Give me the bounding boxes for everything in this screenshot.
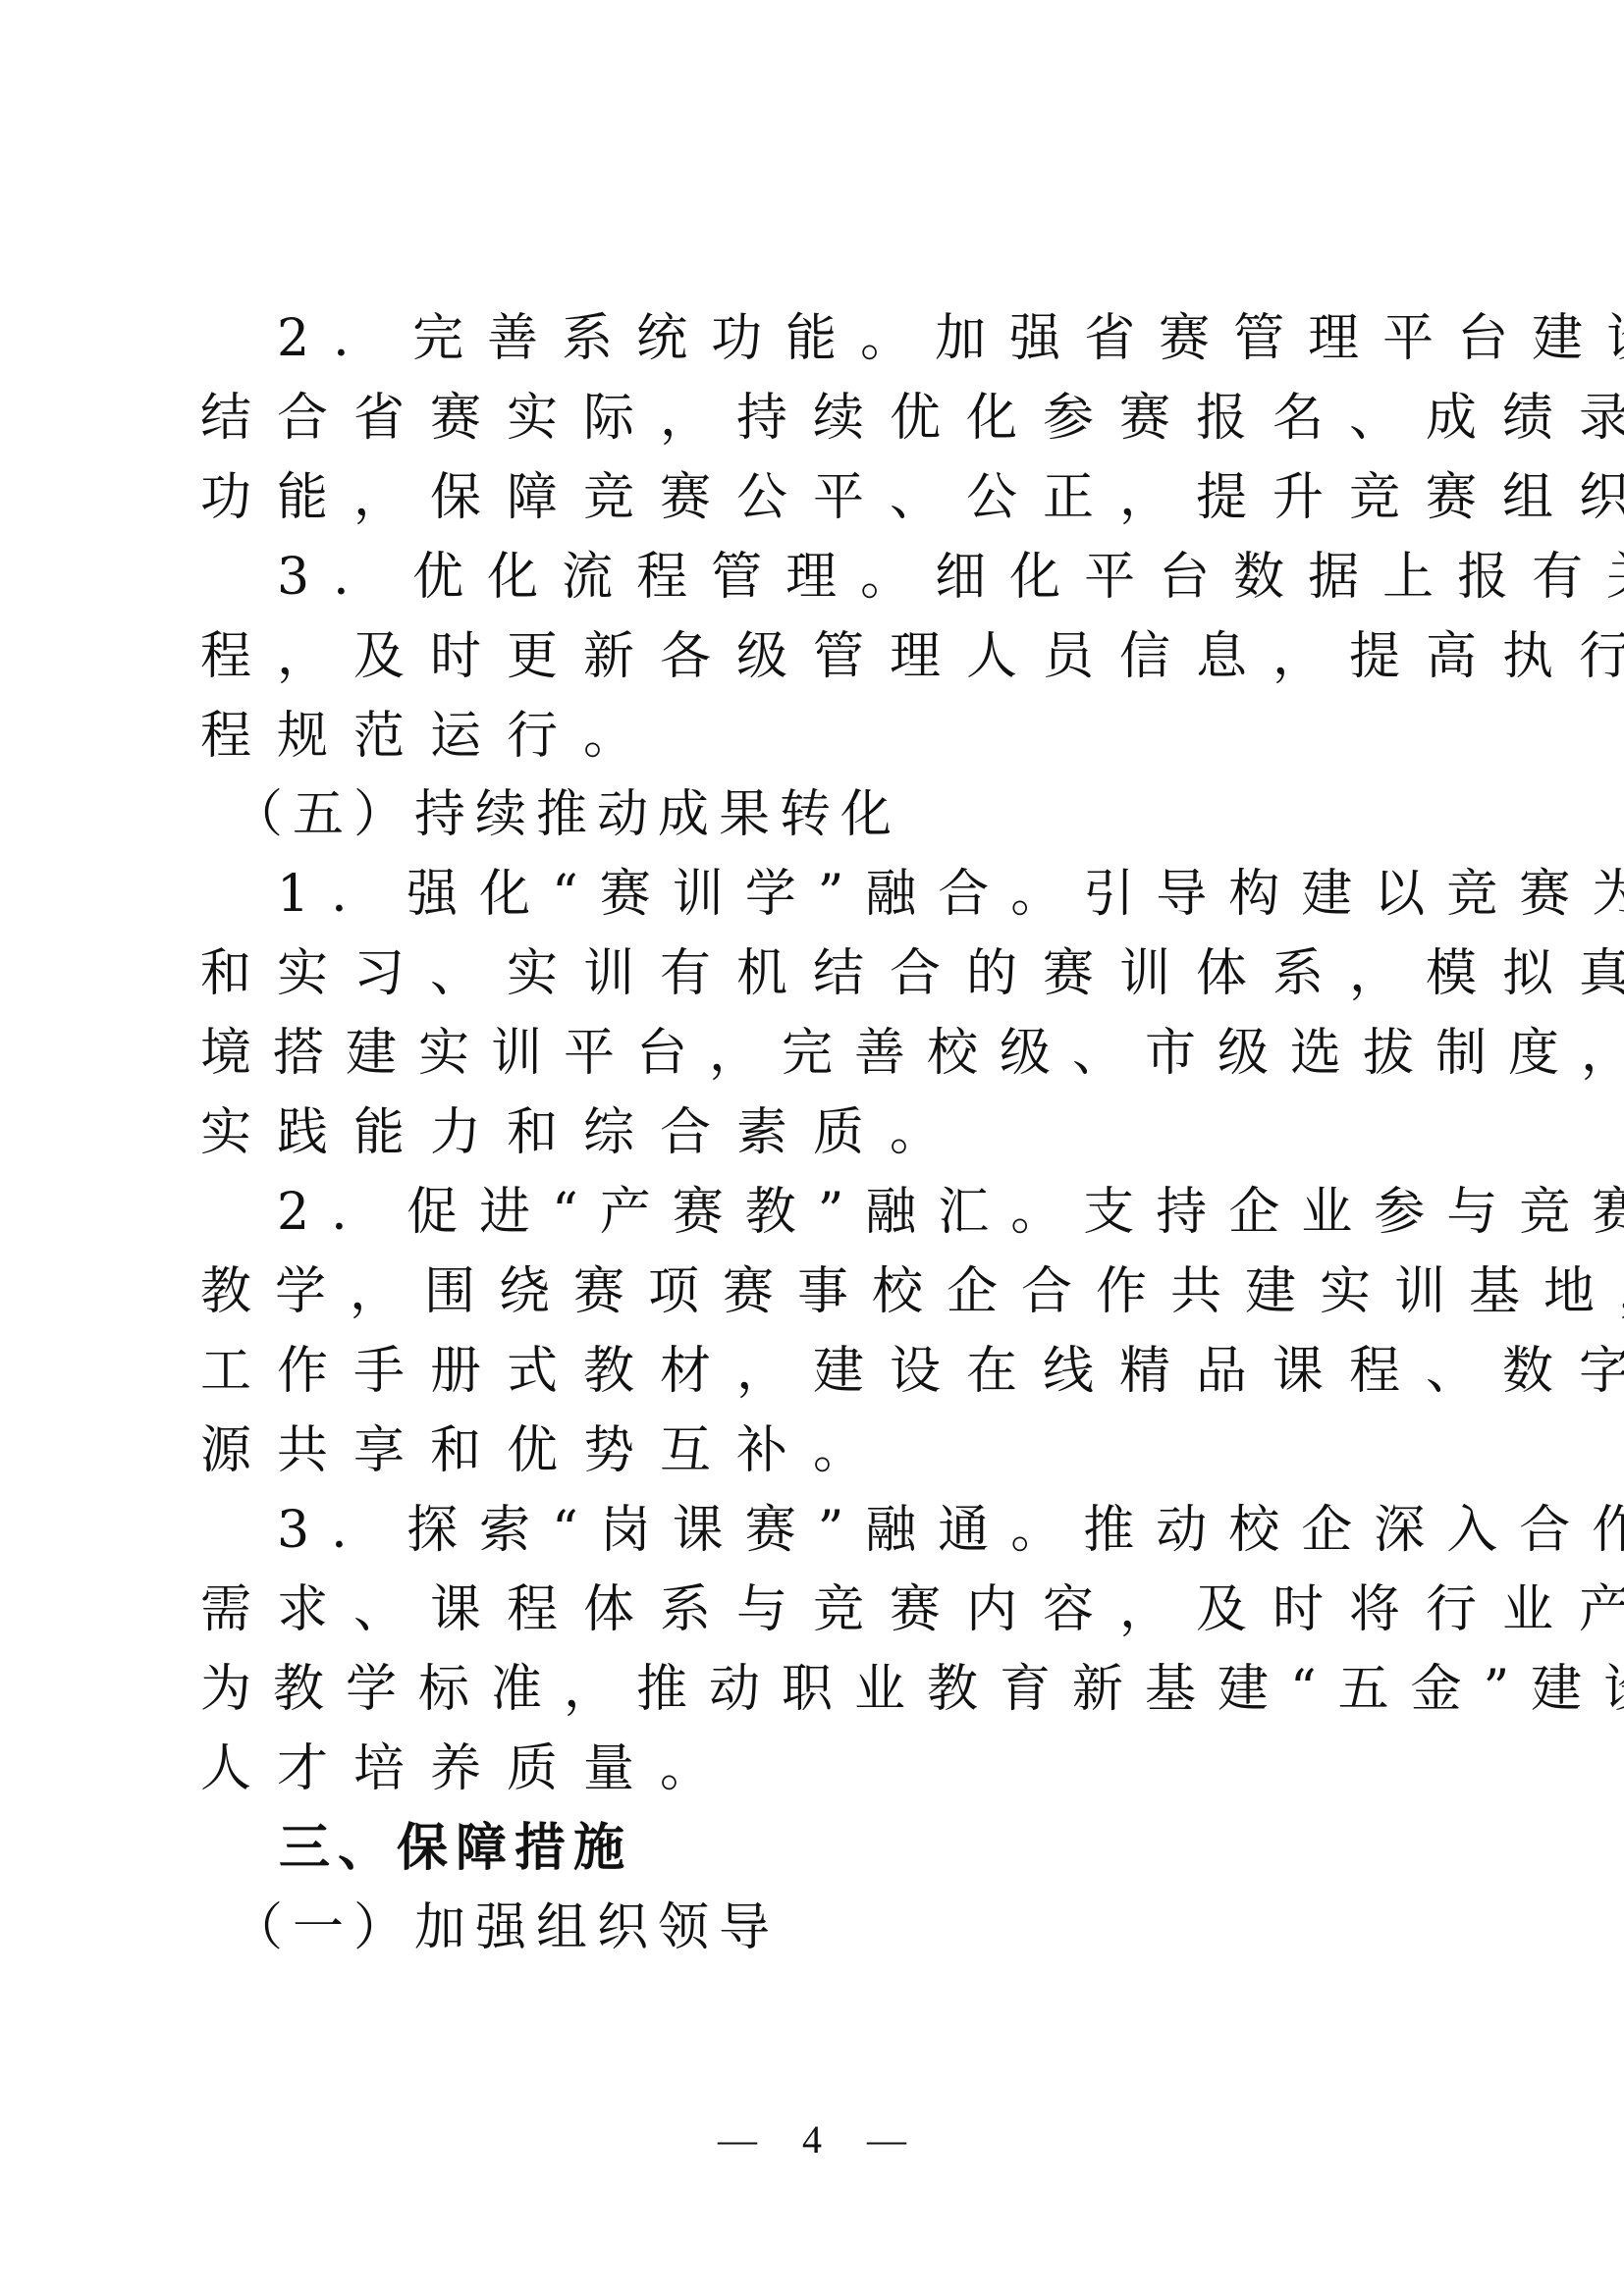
paragraph-line: 3. 探索“岗课赛”融通。推动校企深入合作，紧密结合岗位 [277,1491,1524,1570]
document-page: 2. 完善系统功能。加强省赛管理平台建设，对标世赛要求， 结合省赛实际，持续优化… [0,0,1624,2296]
paragraph-line: 境搭建实训平台，完善校级、市级选拔制度，提升学生专业技能、 [200,1014,1447,1093]
paragraph-line: 和实习、实训有机结合的赛训体系，模拟真实工作场景与竞赛环 [200,934,1447,1013]
paragraph-line: 1. 强化“赛训学”融合。引导构建以竞赛为引领，课程教学 [277,855,1524,934]
page-number: 4 [802,2110,822,2169]
section-subheading: （五）持续推动成果转化 [232,775,1479,854]
section-subheading: （一）加强组织领导 [232,1889,1479,1967]
paragraph-line: 需求、课程体系与竞赛内容，及时将行业产业最新技术标准转化 [200,1571,1447,1649]
paragraph-line: 程，及时更新各级管理人员信息，提高执行效率，确保赛事全流 [200,617,1447,696]
footer-dash-left: — [718,2110,757,2169]
section-heading: 三、保障措施 [279,1809,1526,1888]
paragraph-line: 2. 促进“产赛教”融汇。支持企业参与竞赛项目设计和专业 [277,1173,1524,1252]
paragraph-line: 教学，围绕赛项赛事校企合作共建实训基地，开发系列活页式、 [200,1253,1447,1331]
paragraph-line: 3. 优化流程管理。细化平台数据上报有关功能和逐级审核流 [277,538,1524,616]
paragraph-line: 功能，保障竞赛公平、公正，提升竞赛组织效率。 [200,458,1447,537]
page-footer: — 4 — [0,2110,1624,2169]
paragraph-line: 工作手册式教材，建设在线精品课程、数字教学资源库，推进资 [200,1332,1447,1411]
paragraph-line: 结合省赛实际，持续优化参赛报名、成绩录入、证书发放查询等 [200,379,1447,457]
paragraph-line: 2. 完善系统功能。加强省赛管理平台建设，对标世赛要求， [277,299,1524,378]
paragraph-line: 为教学标准，推动职业教育新基建“五金”建设，提升技术技能 [200,1650,1447,1729]
footer-dash-right: — [867,2110,906,2169]
paragraph-line: 源共享和优势互补。 [200,1412,1447,1490]
paragraph-line: 人才培养质量。 [200,1730,1447,1808]
paragraph-line: 实践能力和综合素质。 [200,1094,1447,1172]
paragraph-line: 程规范运行。 [200,697,1447,775]
